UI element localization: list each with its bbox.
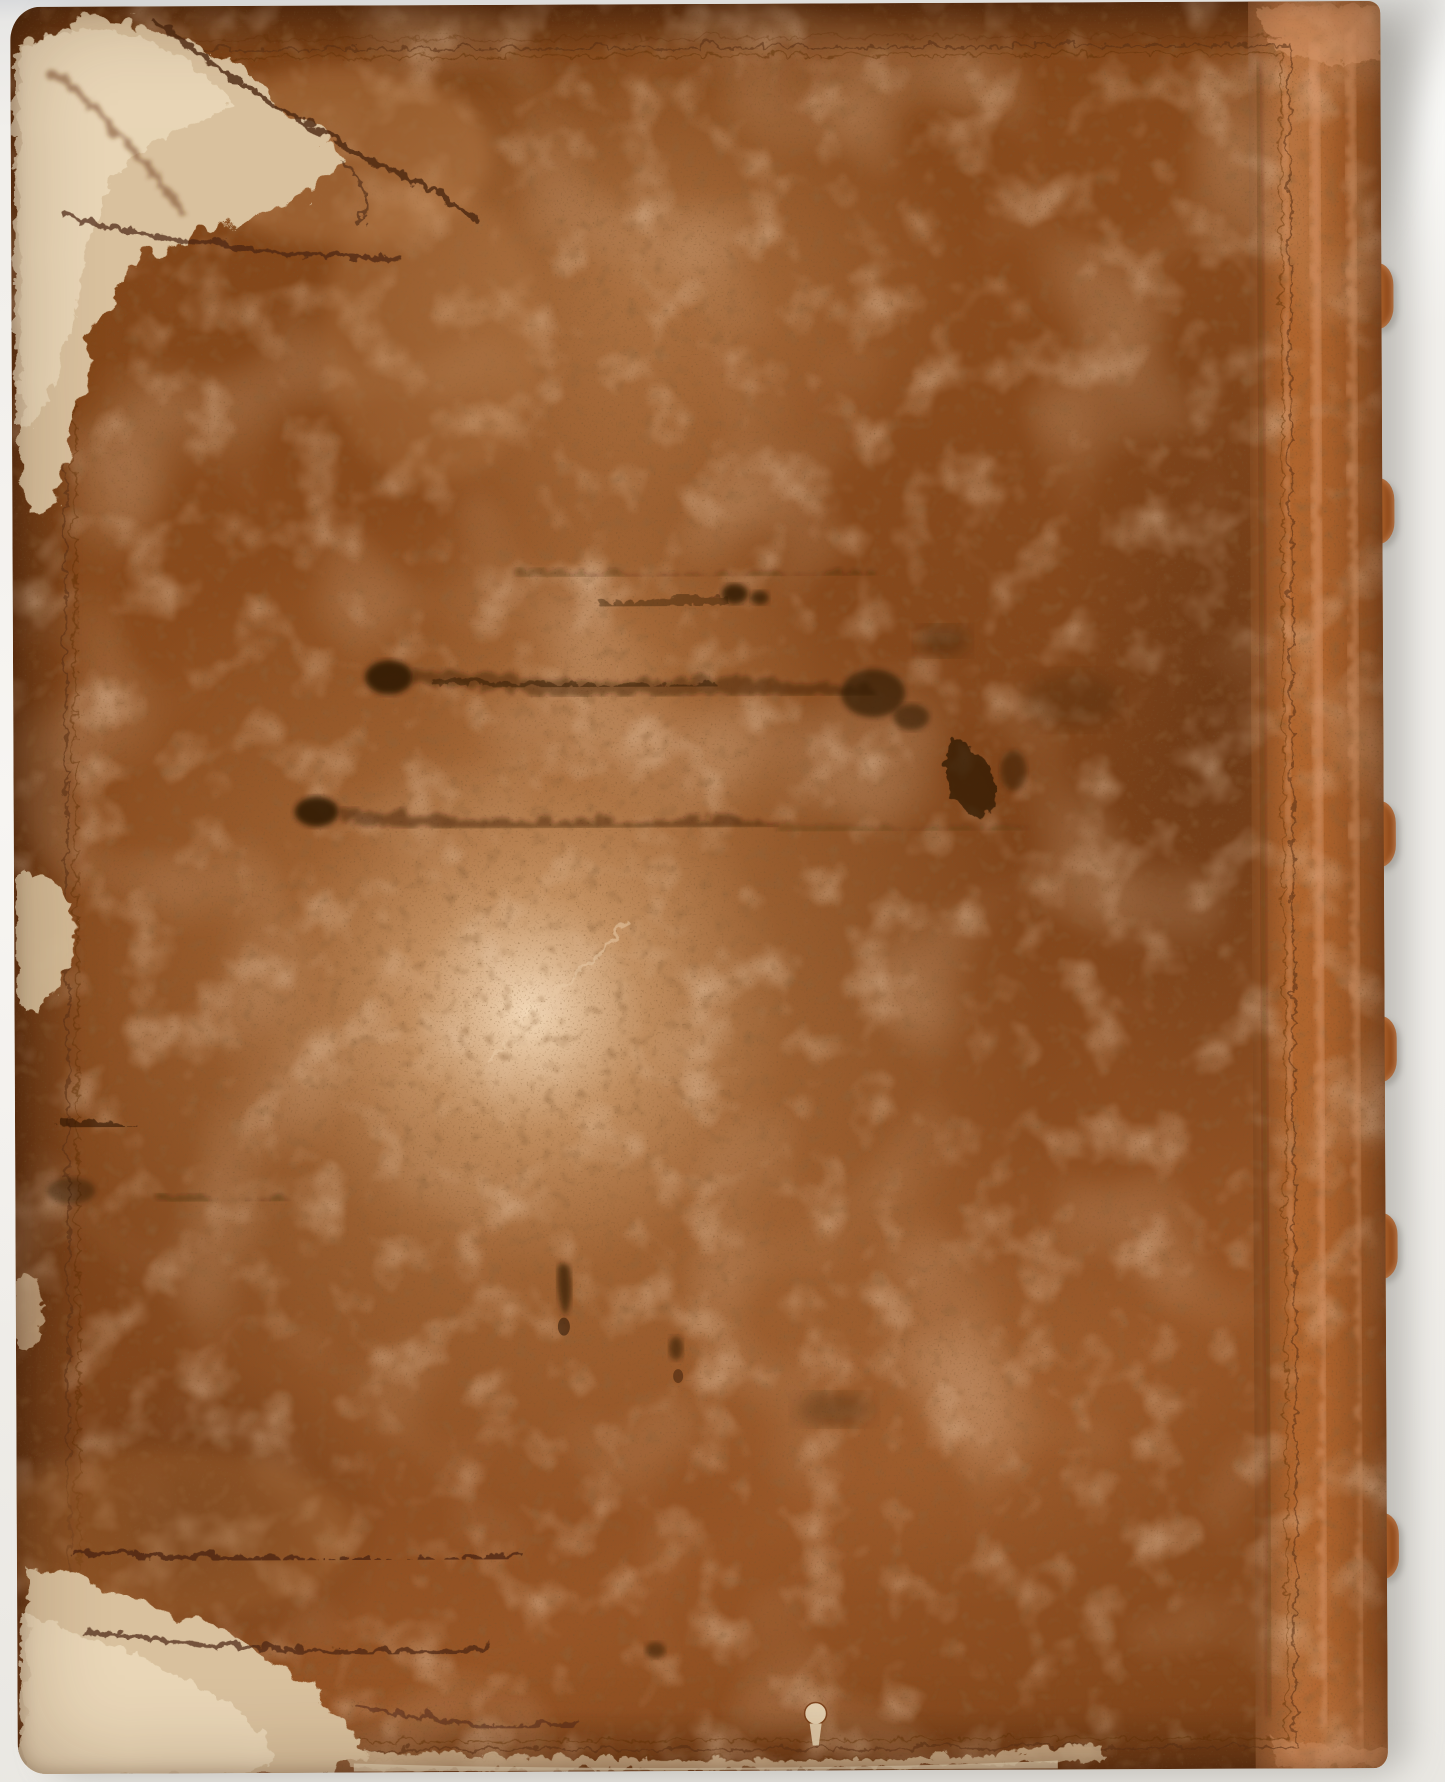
book-cover [10,1,1388,1774]
stain-blob [841,669,905,717]
stain-dot [558,1318,570,1336]
keyhole-head [805,1702,827,1724]
stain-blob [295,797,339,827]
stain-smudge [917,626,969,656]
stain-smudge [1023,672,1119,728]
stain-smudge [47,1178,95,1204]
stain-dot [645,1642,665,1658]
stain-dot [673,1369,683,1383]
leather-board [10,1,1388,1774]
photo-stage [0,0,1445,1782]
stain-blob [1000,751,1026,791]
stain-blob [365,660,413,694]
stain-blob [893,704,929,730]
leather-texture-overlay [10,1,1388,1774]
stain-drip [669,1336,683,1360]
wear-halo [321,185,542,486]
stain-dot [751,591,769,605]
